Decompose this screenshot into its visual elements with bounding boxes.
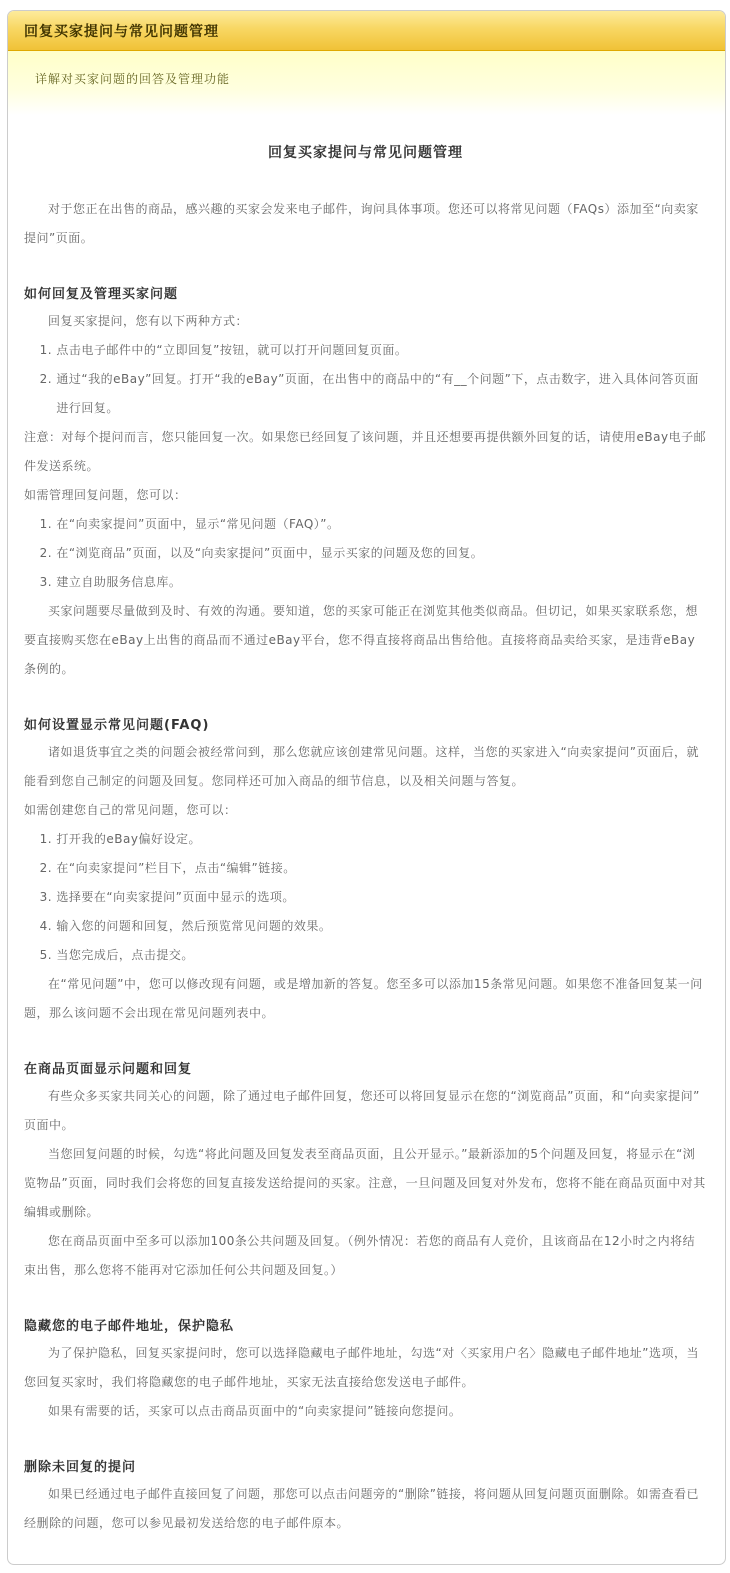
- numbered-list: 在“向卖家提问”页面中，显示“常见问题（FAQ）”。在“浏览商品”页面，以及“向…: [24, 510, 707, 597]
- paragraph: 如需创建您自己的常见问题，您可以：: [24, 796, 707, 825]
- numbered-list: 打开我的eBay偏好设定。在“向卖家提问”栏目下，点击“编辑”链接。选择要在“向…: [24, 825, 707, 970]
- section-heading: 在商品页面显示问题和回复: [24, 1058, 707, 1077]
- article-section: 在商品页面显示问题和回复有些众多买家共同关心的问题，除了通过电子邮件回复，您还可…: [24, 1058, 707, 1285]
- article-section: 如何回复及管理买家问题回复买家提问，您有以下两种方式：点击电子邮件中的“立即回复…: [24, 283, 707, 684]
- article-section: 删除未回复的提问如果已经通过电子邮件直接回复了问题，那您可以点击问题旁的“删除”…: [24, 1456, 707, 1538]
- help-article-panel: 回复买家提问与常见问题管理 详解对买家问题的回答及管理功能 回复买家提问与常见问…: [7, 10, 726, 1565]
- page-subtitle-bar: 详解对买家问题的回答及管理功能: [8, 51, 725, 115]
- article-section: 如何设置显示常见问题(FAQ)诸如退货事宜之类的问题会被经常问到，那么您就应该创…: [24, 714, 707, 1028]
- section-heading: 隐藏您的电子邮件地址，保护隐私: [24, 1315, 707, 1334]
- page-header-title: 回复买家提问与常见问题管理: [24, 24, 219, 40]
- paragraph: 您在商品页面中至多可以添加100条公共问题及回复。（例外情况：若您的商品有人竞价…: [24, 1227, 707, 1285]
- list-item: 输入您的问题和回复，然后预览常见问题的效果。: [56, 912, 707, 941]
- paragraph: 如需管理回复问题，您可以：: [24, 481, 707, 510]
- list-item: 选择要在“向卖家提问”页面中显示的选项。: [56, 883, 707, 912]
- section-heading: 如何回复及管理买家问题: [24, 283, 707, 302]
- paragraph: 回复买家提问，您有以下两种方式：: [24, 307, 707, 336]
- numbered-list: 点击电子邮件中的“立即回复”按钮，就可以打开问题回复页面。通过“我的eBay”回…: [24, 336, 707, 423]
- paragraph: 为了保护隐私，回复买家提问时，您可以选择隐藏电子邮件地址，勾选“对〈买家用户名〉…: [24, 1339, 707, 1397]
- page-subtitle: 详解对买家问题的回答及管理功能: [35, 72, 230, 86]
- paragraph: 买家问题要尽量做到及时、有效的沟通。要知道，您的买家可能正在浏览其他类似商品。但…: [24, 597, 707, 684]
- list-item: 当您完成后，点击提交。: [56, 941, 707, 970]
- list-item: 建立自助服务信息库。: [56, 568, 707, 597]
- list-item: 打开我的eBay偏好设定。: [56, 825, 707, 854]
- list-item: 点击电子邮件中的“立即回复”按钮，就可以打开问题回复页面。: [56, 336, 707, 365]
- paragraph: 注意：对每个提问而言，您只能回复一次。如果您已经回复了该问题，并且还想要再提供额…: [24, 423, 707, 481]
- list-item: 在“浏览商品”页面，以及“向卖家提问”页面中，显示买家的问题及您的回复。: [56, 539, 707, 568]
- paragraph: 当您回复问题的时候，勾选“将此问题及回复发表至商品页面，且公开显示。”最新添加的…: [24, 1140, 707, 1227]
- paragraph: 如果有需要的话，买家可以点击商品页面中的“向卖家提问”链接向您提问。: [24, 1397, 707, 1426]
- list-item: 通过“我的eBay”回复。打开“我的eBay”页面，在出售中的商品中的“有__个…: [56, 365, 707, 423]
- list-item: 在“向卖家提问”页面中，显示“常见问题（FAQ）”。: [56, 510, 707, 539]
- list-item: 在“向卖家提问”栏目下，点击“编辑”链接。: [56, 854, 707, 883]
- article-content: 回复买家提问与常见问题管理 对于您正在出售的商品，感兴趣的买家会发来电子邮件，询…: [8, 142, 725, 1564]
- paragraph: 有些众多买家共同关心的问题，除了通过电子邮件回复，您还可以将回复显示在您的“浏览…: [24, 1082, 707, 1140]
- article-sections: 如何回复及管理买家问题回复买家提问，您有以下两种方式：点击电子邮件中的“立即回复…: [24, 283, 707, 1538]
- article-intro-paragraph: 对于您正在出售的商品，感兴趣的买家会发来电子邮件，询问具体事项。您还可以将常见问…: [24, 195, 707, 253]
- paragraph: 在“常见问题”中，您可以修改现有问题，或是增加新的答复。您至多可以添加15条常见…: [24, 970, 707, 1028]
- page-header-bar: 回复买家提问与常见问题管理: [8, 11, 725, 51]
- article-title: 回复买家提问与常见问题管理: [24, 142, 707, 162]
- section-heading: 删除未回复的提问: [24, 1456, 707, 1475]
- section-heading: 如何设置显示常见问题(FAQ): [24, 714, 707, 733]
- article-section: 隐藏您的电子邮件地址，保护隐私为了保护隐私，回复买家提问时，您可以选择隐藏电子邮…: [24, 1315, 707, 1426]
- paragraph: 诸如退货事宜之类的问题会被经常问到，那么您就应该创建常见问题。这样，当您的买家进…: [24, 738, 707, 796]
- paragraph: 如果已经通过电子邮件直接回复了问题，那您可以点击问题旁的“删除”链接，将问题从回…: [24, 1480, 707, 1538]
